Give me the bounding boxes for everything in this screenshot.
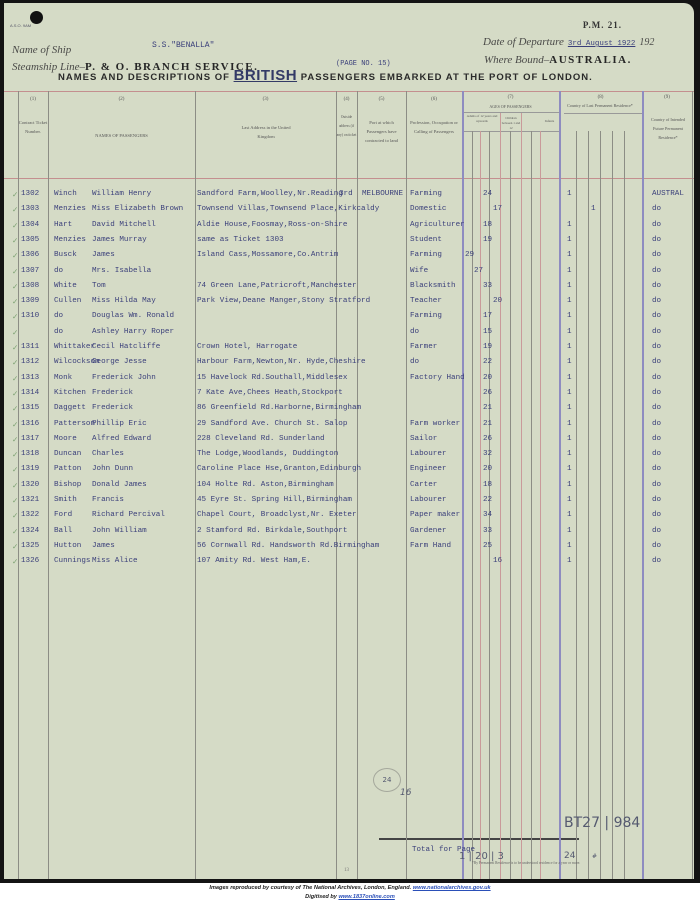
credit-text: Images reproduced by courtesy of The Nat… (209, 885, 411, 891)
last-residence-count: 1 (567, 297, 572, 305)
future-residence: do (652, 404, 661, 412)
last-residence-count: 1 (567, 496, 572, 504)
given-names: Miss Hilda May (92, 297, 156, 305)
check-mark-icon: ✓ (12, 221, 18, 230)
ticket-number: 1320 (21, 481, 39, 489)
surname: Hart (54, 221, 72, 229)
age: 20 (493, 297, 502, 305)
table-row: ✓1321SmithFrancis45 Eyre St. Spring Hill… (4, 496, 694, 510)
occupation: Student (410, 236, 442, 244)
occupation: Paper maker (410, 511, 460, 519)
last-residence-count: 1 (567, 312, 572, 320)
surname: Cullen (54, 297, 81, 305)
table-row: ✓1304HartDavid MitchellAldie House,Foosm… (4, 221, 694, 235)
given-names: Tom (92, 282, 106, 290)
surname: Patterson (54, 420, 95, 428)
age: 20 (483, 374, 492, 382)
digitised-text: Digitised by (305, 894, 337, 900)
surname: Bishop (54, 481, 81, 489)
future-residence: do (652, 343, 661, 351)
ticket-number: 1319 (21, 465, 39, 473)
age: 20 (483, 465, 492, 473)
last-residence-count: 1 (567, 267, 572, 275)
table-row: ✓1316PattersonPhillip Eric29 Sandford Av… (4, 420, 694, 434)
check-mark-icon: ✓ (12, 236, 18, 245)
future-residence: do (652, 282, 661, 290)
age: 26 (483, 435, 492, 443)
col-num-6: (6) (406, 97, 462, 102)
surname: Whittaker (54, 343, 95, 351)
country-subrule (564, 113, 644, 114)
surname: Kitchen (54, 389, 86, 397)
punch-hole (30, 11, 43, 24)
surname: Moore (54, 435, 77, 443)
table-row: ✓1308WhiteTom74 Green Lane,Patricroft,Ma… (4, 282, 694, 296)
given-names: Frederick (92, 404, 133, 412)
given-names: Francis (92, 496, 124, 504)
ticket-number: 1304 (21, 221, 39, 229)
occupation: Carter (410, 481, 437, 489)
ages-subrule-2 (464, 131, 559, 132)
surname: do (54, 267, 63, 275)
surname: Smith (54, 496, 77, 504)
surname: Ford (54, 511, 72, 519)
occupation: Farm worker (410, 420, 460, 428)
check-mark-icon: ✓ (12, 267, 18, 276)
check-mark-icon: ✓ (12, 343, 18, 352)
ship-field: Name of Ship (12, 40, 71, 58)
last-residence-count: 1 (567, 251, 572, 259)
occupation: Agriculturer (410, 221, 465, 229)
col-head-port: Port at which Passengers have contracted… (359, 118, 404, 145)
given-names: Ashley Harry Roper (92, 328, 174, 336)
table-row: ✓1302WinchWilliam HenrySandford Farm,Woo… (4, 190, 694, 204)
future-residence: do (652, 527, 661, 535)
future-residence: do (652, 297, 661, 305)
ticket-number: 1311 (21, 343, 39, 351)
last-address: Park View,Deane Manger,Stony Stratford (197, 297, 370, 305)
col-head-last-residence: Country of Last Permanent Residence* (564, 103, 636, 109)
age: 21 (483, 404, 492, 412)
age: 25 (483, 542, 492, 550)
age: 32 (483, 450, 492, 458)
occupation: do (410, 358, 419, 366)
check-mark-icon: ✓ (12, 527, 18, 536)
manifest-heading: NAMES AND DESCRIPTIONS OF BRITISH PASSEN… (58, 67, 593, 84)
manifest-page: A.S.O. 9AM P.M. 21. Name of Ship S.S."BE… (4, 3, 694, 879)
col-num-2: (2) (48, 97, 195, 102)
col-head-adults: Adults of 12 years and upwards (464, 114, 500, 124)
bound-field: Where Bound–AUSTRALIA. (484, 50, 632, 68)
surname: do (54, 312, 63, 320)
future-residence: do (652, 450, 661, 458)
ticket-number: 1313 (21, 374, 39, 382)
last-residence-count: 1 (567, 542, 572, 550)
future-residence: do (652, 496, 661, 504)
check-mark-icon: ✓ (12, 374, 18, 383)
ticket-number: 1316 (21, 420, 39, 428)
future-residence: do (652, 312, 661, 320)
last-residence-count: 1 (567, 328, 572, 336)
occupation: Farmer (410, 343, 437, 351)
heading-suffix: PASSENGERS EMBARKED AT THE PORT OF LONDO… (301, 72, 593, 83)
occupation: Labourer (410, 450, 446, 458)
last-address: 45 Eyre St. Spring Hill,Birmingham (197, 496, 352, 504)
given-names: John William (92, 527, 147, 535)
col-num-9: (9) (642, 95, 692, 100)
check-mark-icon: ✓ (12, 450, 18, 459)
given-names: William Henry (92, 190, 151, 198)
col-head-children: Children between 1 and 12 (501, 116, 521, 131)
last-address: Aldie House,Foosmay,Ross-on-Shire (197, 221, 347, 229)
last-address: The Lodge,Woodlands, Duddington (197, 450, 338, 458)
last-residence-count: 1 (567, 404, 572, 412)
surname: White (54, 282, 77, 290)
ticket-number: 1314 (21, 389, 39, 397)
heading-prefix: NAMES AND DESCRIPTIONS OF (58, 72, 230, 83)
given-names: Charles (92, 450, 124, 458)
last-address: 7 Kate Ave,Chees Heath,Stockport (197, 389, 343, 397)
age: 15 (483, 328, 492, 336)
col-head-address: Last Address in the United Kingdom (240, 123, 292, 141)
occupation: Wife (410, 267, 428, 275)
occupation: Factory Hand (410, 374, 465, 382)
last-residence-count: 1 (567, 465, 572, 473)
future-residence: do (652, 389, 661, 397)
check-mark-icon: ✓ (12, 481, 18, 490)
given-names: James (92, 542, 115, 550)
age: 22 (483, 496, 492, 504)
given-names: Douglas Wm. Ronald (92, 312, 174, 320)
col-head-occupation: Profession, Occupation or Calling of Pas… (408, 118, 460, 136)
given-names: Miss Elizabeth Brown (92, 205, 183, 213)
occupation: Sailor (410, 435, 437, 443)
occupation: Blacksmith (410, 282, 456, 290)
last-residence-count: 1 (591, 205, 596, 213)
table-row: ✓1312WilcocksonGeorge JesseHarbour Farm,… (4, 358, 694, 372)
national-archives-link[interactable]: www.nationalarchives.gov.uk (413, 885, 491, 891)
future-residence: do (652, 221, 661, 229)
surname: Busck (54, 251, 77, 259)
ticket-number: 1308 (21, 282, 39, 290)
given-names: James (92, 251, 115, 259)
future-residence: do (652, 251, 661, 259)
col-num-7: (7) (462, 95, 559, 100)
last-address: Caroline Place Hse,Granton,Edinburgh (197, 465, 361, 473)
heading-nationality: BRITISH (234, 67, 298, 84)
age: 33 (483, 282, 492, 290)
last-residence-count: 1 (567, 282, 572, 290)
table-row: ✓1306BusckJamesIsland Cass,Mossamore,Co.… (4, 251, 694, 265)
age: 16 (493, 557, 502, 565)
col-num-3: (3) (195, 97, 336, 102)
surname: Ball (54, 527, 72, 535)
check-mark-icon: ✓ (12, 420, 18, 429)
future-residence: do (652, 205, 661, 213)
table-row: ✓1320BishopDonald James104 Holte Rd. Ast… (4, 481, 694, 495)
age: 21 (483, 420, 492, 428)
last-address: 104 Holte Rd. Aston,Birmingham (197, 481, 334, 489)
ticket-number: 1310 (21, 312, 39, 320)
last-address: same as Ticket 1303 (197, 236, 284, 244)
given-names: Phillip Eric (92, 420, 147, 428)
port-of-landing: MELBOURNE (362, 190, 403, 198)
handwritten-reference: BT27 | 984 (564, 815, 640, 831)
ages-subrule (464, 112, 559, 113)
total-mark: # (592, 853, 597, 860)
col-head-future-residence: Country of Intended Future Permanent Res… (646, 115, 690, 142)
credit-footer: Images reproduced by courtesy of The Nat… (0, 884, 700, 902)
departure-label: Date of Departure (483, 36, 564, 48)
last-address: 2 Stamford Rd. Birkdale,Southport (197, 527, 347, 535)
future-residence: do (652, 236, 661, 244)
occupation: Engineer (410, 465, 446, 473)
table-row: ✓1315DaggettFrederick86 Greenfield Rd.Ha… (4, 404, 694, 418)
departure-field: Date of Departure 3rd August 1922 192 (483, 32, 654, 50)
age: 17 (493, 205, 502, 213)
surname: Hutton (54, 542, 81, 550)
last-residence-count: 1 (567, 221, 572, 229)
surname: do (54, 328, 63, 336)
form-number: P.M. 21. (583, 20, 622, 30)
given-names: Mrs. Isabella (92, 267, 151, 275)
last-residence-count: 1 (567, 511, 572, 519)
check-mark-icon: ✓ (12, 358, 18, 367)
ticket-number: 1303 (21, 205, 39, 213)
outside-address: 3rd (339, 190, 353, 198)
last-address: 74 Green Lane,Patricroft,Manchester (197, 282, 357, 290)
future-residence: do (652, 420, 661, 428)
last-residence-count: 1 (567, 450, 572, 458)
surname: Monk (54, 374, 72, 382)
last-address: Chapel Court, Broadclyst,Nr. Exeter (197, 511, 357, 519)
check-mark-icon: ✓ (12, 557, 18, 566)
future-residence: do (652, 358, 661, 366)
future-residence: do (652, 374, 661, 382)
departure-year-suffix: 192 (639, 37, 654, 48)
table-row: ✓1307doMrs. IsabellaWife271do (4, 267, 694, 281)
surname: Winch (54, 190, 77, 198)
1837online-link[interactable]: www.1837online.com (338, 894, 394, 900)
age: 24 (483, 190, 492, 198)
age: 17 (483, 312, 492, 320)
last-address: 86 Greenfield Rd.Harborne,Birmingham (197, 404, 361, 412)
ticket-number: 1309 (21, 297, 39, 305)
table-row: ✓1311WhittakerCecil HatcliffeCrown Hotel… (4, 343, 694, 357)
future-residence: do (652, 267, 661, 275)
last-address: Townsend Villas,Townsend Place,Kirkcaldy (197, 205, 379, 213)
bottom-mark: 13 (344, 868, 349, 873)
future-residence: do (652, 542, 661, 550)
given-names: David Mitchell (92, 221, 156, 229)
ticket-number: 1324 (21, 527, 39, 535)
occupation: Farm Hand (410, 542, 451, 550)
bound-destination: AUSTRALIA. (549, 54, 632, 66)
check-mark-icon: ✓ (12, 542, 18, 551)
table-row: ✓1303MenziesMiss Elizabeth BrownTownsend… (4, 205, 694, 219)
future-residence: do (652, 465, 661, 473)
surname: Menzies (54, 205, 86, 213)
occupation: do (410, 328, 419, 336)
given-names: Frederick (92, 389, 133, 397)
last-address: Crown Hotel, Harrogate (197, 343, 297, 351)
ticket-number: 1315 (21, 404, 39, 412)
check-mark-icon: ✓ (12, 465, 18, 474)
header-bottom-rule (4, 178, 694, 179)
check-mark-icon: ✓ (12, 251, 18, 260)
given-names: Miss Alice (92, 557, 138, 565)
departure-date: 3rd August 1922 (568, 40, 636, 48)
age: 34 (483, 511, 492, 519)
age: 27 (474, 267, 483, 275)
bound-label: Where Bound– (484, 54, 549, 66)
check-mark-icon: ✓ (12, 496, 18, 505)
occupation: Labourer (410, 496, 446, 504)
future-residence: do (652, 435, 661, 443)
last-residence-count: 1 (567, 236, 572, 244)
ticket-number: 1318 (21, 450, 39, 458)
check-mark-icon: ✓ (12, 511, 18, 520)
ticket-number: 1302 (21, 190, 39, 198)
surname: Daggett (54, 404, 86, 412)
occupation: Domestic (410, 205, 446, 213)
ticket-number: 1305 (21, 236, 39, 244)
last-address: 56 Cornwall Rd. Handsworth Rd.Birmingham (197, 542, 379, 550)
table-row: ✓1324BallJohn William2 Stamford Rd. Birk… (4, 527, 694, 541)
surname: Duncan (54, 450, 81, 458)
surname: Cunnings (54, 557, 90, 565)
table-top-rule (4, 91, 694, 92)
table-row: ✓1317MooreAlfred Edward228 Cleveland Rd.… (4, 435, 694, 449)
col-head-ages: AGES OF PASSENGERS (462, 102, 559, 111)
table-row: ✓1305MenziesJames Murraysame as Ticket 1… (4, 236, 694, 250)
last-residence-count: 1 (567, 420, 572, 428)
table-row: ✓1319PattonJohn DunnCaroline Place Hse,G… (4, 465, 694, 479)
occupation: Farming (410, 251, 442, 259)
stamp-note: 16 (400, 788, 411, 798)
future-residence: do (652, 511, 661, 519)
table-row: ✓1322FordRichard PercivalChapel Court, B… (4, 511, 694, 525)
future-residence: do (652, 557, 661, 565)
col-head-names: NAMES OF PASSENGERS (48, 131, 195, 140)
surname: Menzies (54, 236, 86, 244)
last-residence-count: 1 (567, 389, 572, 397)
col-num-5: (5) (357, 97, 406, 102)
ship-name: S.S."BENALLA" (152, 41, 214, 50)
ticket-number: 1307 (21, 267, 39, 275)
ticket-number: 1322 (21, 511, 39, 519)
last-residence-count: 1 (567, 343, 572, 351)
check-mark-icon: ✓ (12, 328, 18, 337)
age: 22 (483, 358, 492, 366)
future-residence: do (652, 481, 661, 489)
table-row: ✓doAshley Harry Roperdo151do (4, 328, 694, 342)
check-mark-icon: ✓ (12, 205, 18, 214)
surname: Patton (54, 465, 81, 473)
last-address: Sandford Farm,Woolley,Nr.Reading (197, 190, 343, 198)
given-names: John Dunn (92, 465, 133, 473)
future-residence: do (652, 328, 661, 336)
last-address: Harbour Farm,Newton,Nr. Hyde,Cheshire (197, 358, 366, 366)
last-residence-count: 1 (567, 358, 572, 366)
age: 26 (483, 389, 492, 397)
col-num-4: (4) (336, 97, 357, 102)
page-stamp: 24 (373, 768, 401, 792)
age: 18 (483, 481, 492, 489)
age: 29 (465, 251, 474, 259)
age: 19 (483, 343, 492, 351)
last-residence-count: 1 (567, 435, 572, 443)
table-row: ✓1325HuttonJames56 Cornwall Rd. Handswor… (4, 542, 694, 556)
given-names: Alfred Edward (92, 435, 151, 443)
last-address: Island Cass,Mossamore,Co.Antrim (197, 251, 338, 259)
age: 18 (483, 221, 492, 229)
future-residence: AUSTRAL (652, 190, 684, 198)
occupation: Gardener (410, 527, 446, 535)
ticket-number: 1306 (21, 251, 39, 259)
given-names: Frederick John (92, 374, 156, 382)
table-row: ✓1313MonkFrederick John15 Havelock Rd.So… (4, 374, 694, 388)
occupation: Teacher (410, 297, 442, 305)
col-head-ticket: Contract Ticket Number. (18, 118, 48, 136)
credit-line-2: Digitised by www.1837online.com (0, 893, 700, 902)
age: 33 (483, 527, 492, 535)
ship-label: Name of Ship (12, 44, 71, 56)
check-mark-icon: ✓ (12, 404, 18, 413)
ticket-number: 1325 (21, 542, 39, 550)
table-row: ✓1314KitchenFrederick7 Kate Ave,Chees He… (4, 389, 694, 403)
last-residence-count: 1 (567, 557, 572, 565)
last-residence-count: 1 (567, 527, 572, 535)
table-row: ✓1326CunningsMiss Alice107 Amity Rd. Wes… (4, 557, 694, 571)
check-mark-icon: ✓ (12, 435, 18, 444)
check-mark-icon: ✓ (12, 312, 18, 321)
footnote: *By Permanent Residence is to be underst… (472, 861, 580, 865)
given-names: George Jesse (92, 358, 147, 366)
credit-line-1: Images reproduced by courtesy of The Nat… (0, 884, 700, 893)
last-address: 29 Sandford Ave. Church St. Salop (197, 420, 347, 428)
check-mark-icon: ✓ (12, 190, 18, 199)
last-address: 228 Cleveland Rd. Sunderland (197, 435, 325, 443)
given-names: Donald James (92, 481, 147, 489)
form-code: A.S.O. 9AM (10, 23, 31, 28)
table-row: ✓1309CullenMiss Hilda MayPark View,Deane… (4, 297, 694, 311)
ticket-number: 1312 (21, 358, 39, 366)
check-mark-icon: ✓ (12, 282, 18, 291)
col-num-8: (8) (559, 95, 642, 100)
total-rule (379, 838, 579, 840)
ticket-number: 1317 (21, 435, 39, 443)
given-names: James Murray (92, 236, 147, 244)
table-row: ✓1318DuncanCharlesThe Lodge,Woodlands, D… (4, 450, 694, 464)
col-head-infants: Infants (540, 117, 559, 126)
last-residence-count: 1 (567, 190, 572, 198)
col-head-outside: Outside address (if any) on ticket (336, 113, 357, 140)
occupation: Farming (410, 190, 442, 198)
last-address: 15 Havelock Rd.Southall,Middlesex (197, 374, 347, 382)
col-num-1: (1) (18, 97, 48, 102)
given-names: Cecil Hatcliffe (92, 343, 160, 351)
ticket-number: 1321 (21, 496, 39, 504)
ticket-number: 1326 (21, 557, 39, 565)
residence-total: 24 (564, 851, 575, 861)
table-row: ✓1310doDouglas Wm. RonaldFarming171do (4, 312, 694, 326)
last-residence-count: 1 (567, 374, 572, 382)
given-names: Richard Percival (92, 511, 165, 519)
check-mark-icon: ✓ (12, 297, 18, 306)
age: 19 (483, 236, 492, 244)
last-residence-count: 1 (567, 481, 572, 489)
